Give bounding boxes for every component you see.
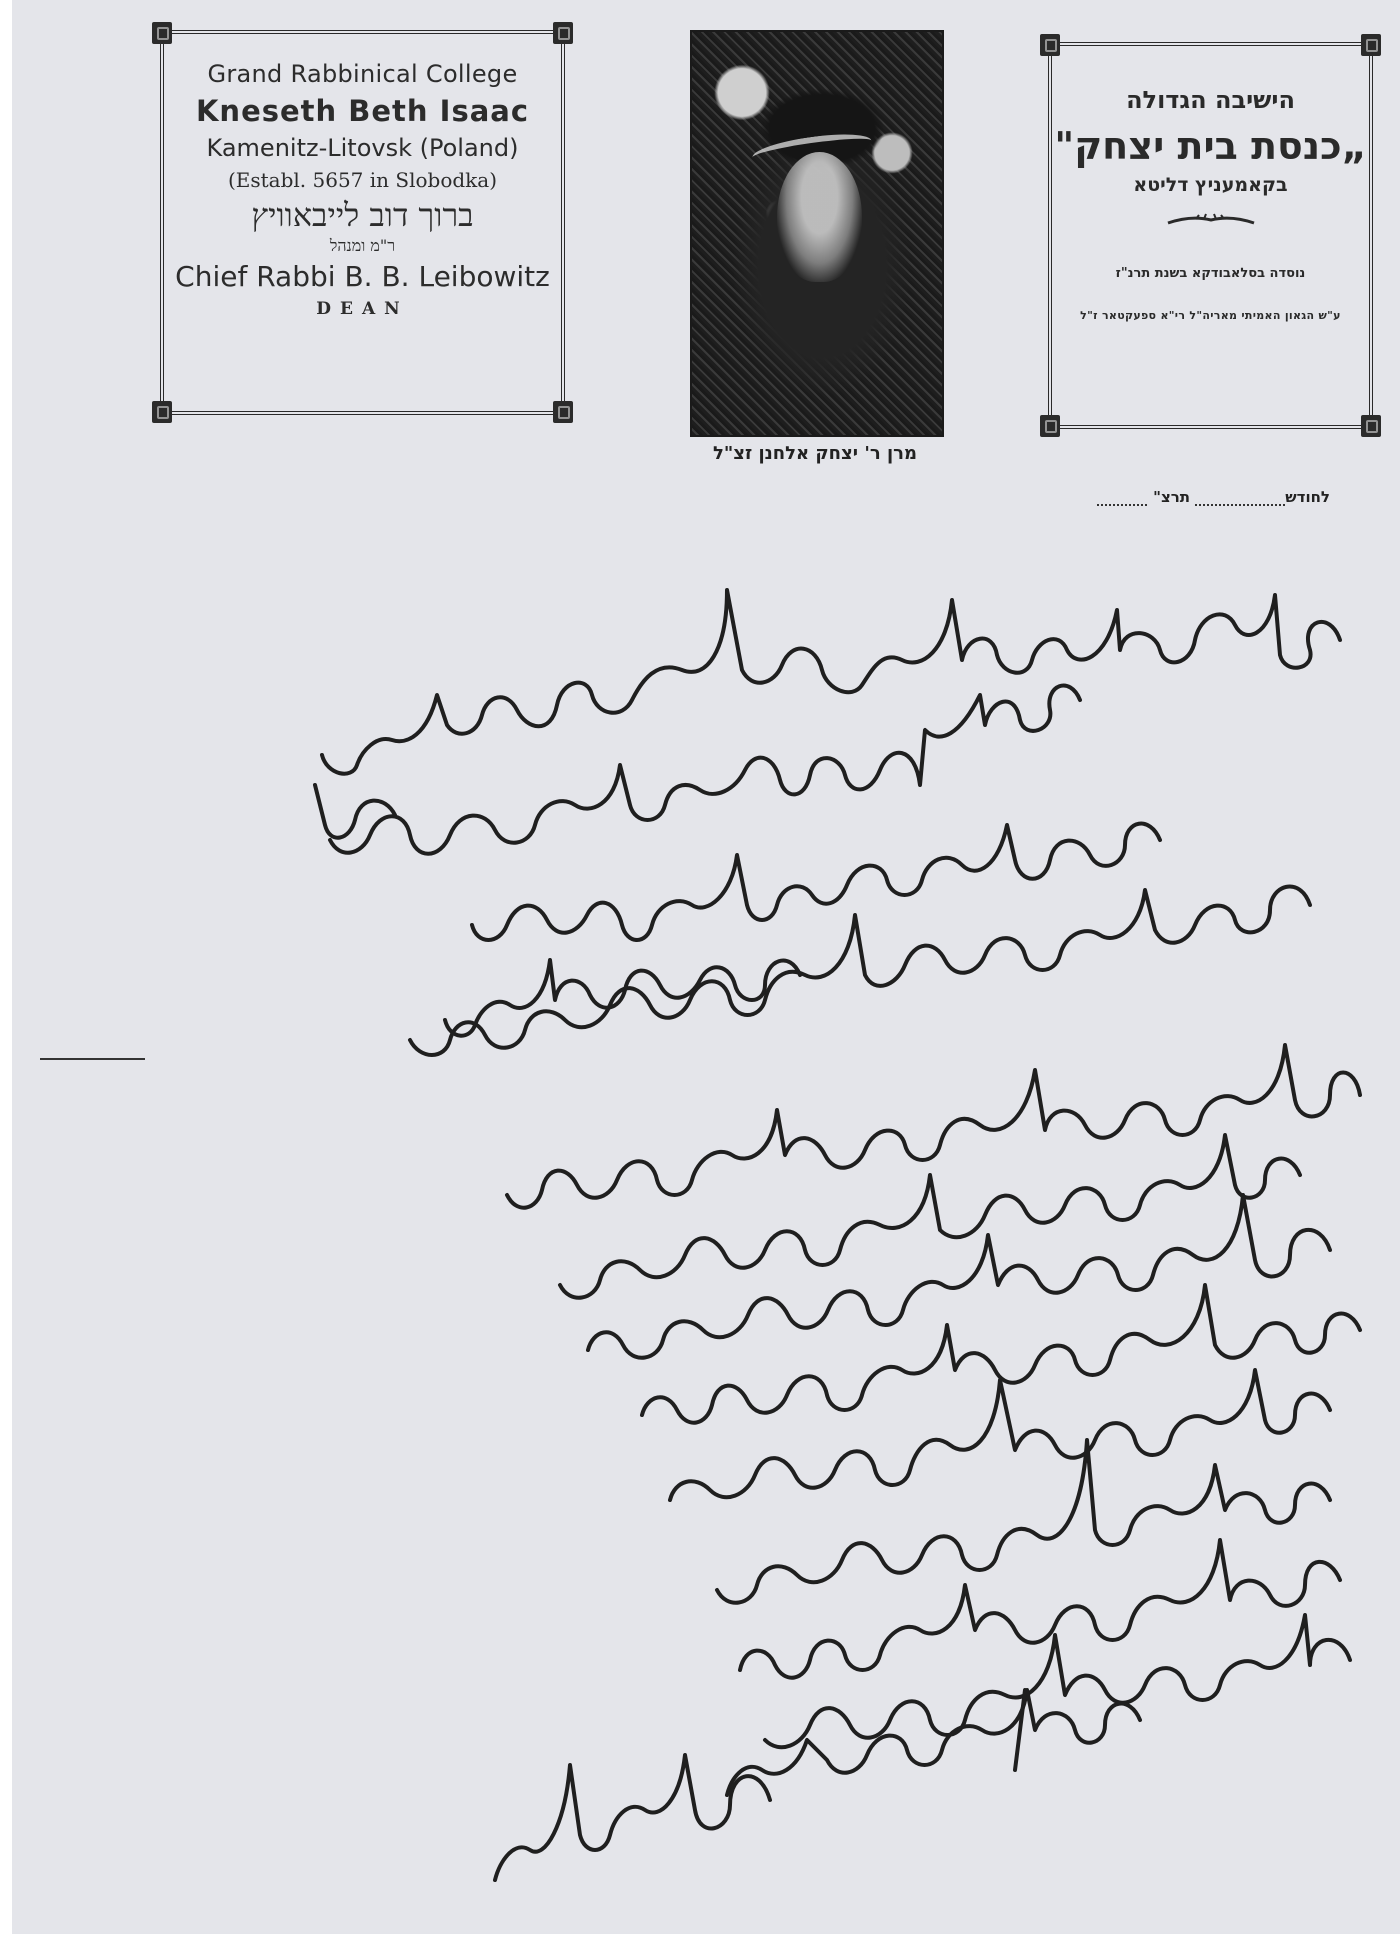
yeshiva-location: בקאמעניץ דליטא <box>1052 174 1369 196</box>
founding-note: נוסדה בסלאבודקא בשנת תרנ"ז <box>1052 266 1369 281</box>
corner-ornament-icon <box>1361 415 1381 437</box>
year-label: תרצ" <box>1153 488 1190 506</box>
corner-ornament-icon <box>553 401 573 423</box>
corner-ornament-icon <box>1361 34 1381 56</box>
year-blank <box>1097 504 1147 506</box>
corner-ornament-icon <box>152 22 172 44</box>
established-note: (Establ. 5657 in Slobodka) <box>164 168 561 192</box>
corner-ornament-icon <box>152 401 172 423</box>
portrait-caption: מרן ר' יצחק אלחנן זצ"ל <box>680 443 950 464</box>
corner-ornament-icon <box>1040 415 1060 437</box>
dean-name-hebrew: ברוך דוב לייבאוויץ <box>164 196 561 234</box>
yeshiva-title: הישיבה הגדולה <box>1052 86 1369 114</box>
location: Kamenitz-Litovsk (Poland) <box>164 134 561 162</box>
yeshiva-name: „כנסת בית יצחק" <box>1052 124 1369 168</box>
month-blank <box>1195 504 1285 506</box>
leaf-ornament-icon <box>1166 212 1256 226</box>
college-name: Grand Rabbinical College <box>164 60 561 88</box>
dean-title-hebrew: ר"מ ומנהל <box>164 236 561 256</box>
month-label: לחודש <box>1285 488 1330 506</box>
dedication-note: ע"ש הגאון האמיתי מאריה"ל רי"א ספעקטאר ז"… <box>1052 309 1369 322</box>
portrait-photo <box>690 30 944 437</box>
date-line: לחודש תרצ" <box>1060 488 1330 512</box>
corner-ornament-icon <box>1040 34 1060 56</box>
letterhead-hebrew: הישיבה הגדולה „כנסת בית יצחק" בקאמעניץ ד… <box>1048 42 1373 429</box>
paragraph-divider <box>40 1058 145 1060</box>
dean-title: DEAN <box>164 299 561 319</box>
portrait-face <box>777 152 862 282</box>
dean-name: Chief Rabbi B. B. Leibowitz <box>164 260 561 293</box>
letterhead-english: Grand Rabbinical College Kneseth Beth Is… <box>160 30 565 415</box>
corner-ornament-icon <box>553 22 573 44</box>
institution-name: Kneseth Beth Isaac <box>164 94 561 128</box>
